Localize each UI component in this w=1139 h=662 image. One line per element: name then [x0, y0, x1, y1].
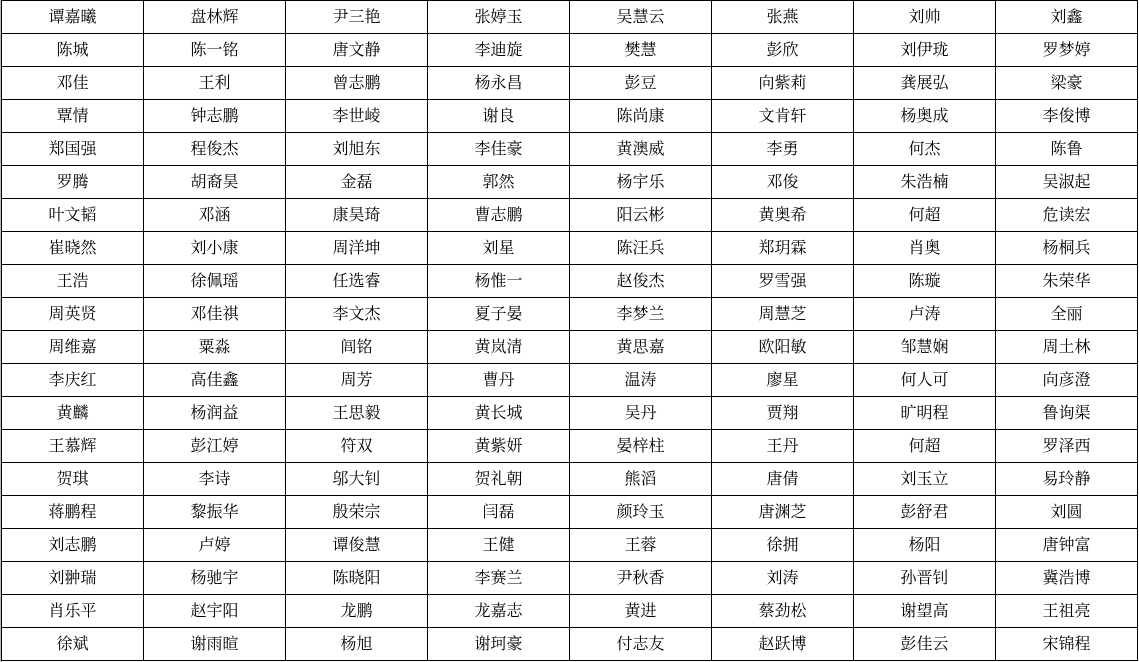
name-cell[interactable]: 宋锦程 — [996, 628, 1138, 661]
name-cell[interactable]: 任选睿 — [286, 265, 428, 298]
name-cell[interactable]: 刘小康 — [144, 232, 286, 265]
name-cell[interactable]: 赵宇阳 — [144, 595, 286, 628]
name-cell[interactable]: 杨永昌 — [428, 67, 570, 100]
name-cell[interactable]: 尹秋香 — [570, 562, 712, 595]
name-cell[interactable]: 陈一铭 — [144, 34, 286, 67]
name-cell[interactable]: 王浩 — [2, 265, 144, 298]
name-cell[interactable]: 殷荣宗 — [286, 496, 428, 529]
name-cell[interactable]: 梁豪 — [996, 67, 1138, 100]
table-row: 李庆红高佳鑫周芳曹丹温涛廖星何人可向彦澄 — [2, 364, 1138, 397]
name-cell[interactable]: 李梦兰 — [570, 298, 712, 331]
name-cell[interactable]: 黎振华 — [144, 496, 286, 529]
name-cell[interactable]: 周维嘉 — [2, 331, 144, 364]
name-cell[interactable]: 黄长城 — [428, 397, 570, 430]
name-cell[interactable]: 刘涛 — [712, 562, 854, 595]
name-cell[interactable]: 陈汪兵 — [570, 232, 712, 265]
name-cell[interactable]: 罗梦婷 — [996, 34, 1138, 67]
name-cell[interactable]: 康昊琦 — [286, 199, 428, 232]
name-cell[interactable]: 王丹 — [712, 430, 854, 463]
name-cell[interactable]: 贾翔 — [712, 397, 854, 430]
name-cell[interactable]: 吴慧云 — [570, 1, 712, 34]
name-cell[interactable]: 旷明程 — [854, 397, 996, 430]
table-row: 周英贤邓佳祺李文杰夏子晏李梦兰周慧芝卢涛全丽 — [2, 298, 1138, 331]
name-cell[interactable]: 邬大钊 — [286, 463, 428, 496]
name-cell[interactable]: 邓佳 — [2, 67, 144, 100]
table-row: 蒋鹏程黎振华殷荣宗闫磊颜玲玉唐渊芝彭舒君刘圆 — [2, 496, 1138, 529]
name-cell[interactable]: 刘志鹏 — [2, 529, 144, 562]
name-cell[interactable]: 樊慧 — [570, 34, 712, 67]
table-row: 黄麟杨润益王思毅黄长城吴丹贾翔旷明程鲁询渠 — [2, 397, 1138, 430]
name-cell[interactable]: 曹志鹏 — [428, 199, 570, 232]
name-cell[interactable]: 谭俊慧 — [286, 529, 428, 562]
name-cell[interactable]: 闾铭 — [286, 331, 428, 364]
name-cell[interactable]: 邓佳祺 — [144, 298, 286, 331]
name-cell[interactable]: 黄思嘉 — [570, 331, 712, 364]
table-row: 刘志鹏卢婷谭俊慧王健王蓉徐拥杨阳唐钟富 — [2, 529, 1138, 562]
name-cell[interactable]: 李诗 — [144, 463, 286, 496]
name-cell[interactable]: 黄岚清 — [428, 331, 570, 364]
table-row: 覃情钟志鹏李世崚谢良陈尚康文肯轩杨奥成李俊博 — [2, 100, 1138, 133]
name-cell[interactable]: 全丽 — [996, 298, 1138, 331]
name-cell[interactable]: 曹丹 — [428, 364, 570, 397]
name-cell[interactable]: 曾志鹏 — [286, 67, 428, 100]
name-cell[interactable]: 张婷玉 — [428, 1, 570, 34]
name-cell[interactable]: 刘帅 — [854, 1, 996, 34]
name-cell[interactable]: 蔡劲松 — [712, 595, 854, 628]
table-row: 贺琪李诗邬大钊贺礼朝熊滔唐倩刘玉立易玲静 — [2, 463, 1138, 496]
name-cell[interactable]: 徐斌 — [2, 628, 144, 661]
name-cell[interactable]: 谢望高 — [854, 595, 996, 628]
name-cell[interactable]: 唐钟富 — [996, 529, 1138, 562]
name-cell[interactable]: 夏子晏 — [428, 298, 570, 331]
name-cell[interactable]: 李赛兰 — [428, 562, 570, 595]
name-cell[interactable]: 陈城 — [2, 34, 144, 67]
name-cell[interactable]: 鲁询渠 — [996, 397, 1138, 430]
name-cell[interactable]: 胡裔昊 — [144, 166, 286, 199]
name-cell[interactable]: 罗雪强 — [712, 265, 854, 298]
name-cell[interactable]: 卢涛 — [854, 298, 996, 331]
name-cell[interactable]: 邓俊 — [712, 166, 854, 199]
name-cell[interactable]: 杨惟一 — [428, 265, 570, 298]
name-cell[interactable]: 黄麟 — [2, 397, 144, 430]
name-cell[interactable]: 熊滔 — [570, 463, 712, 496]
name-cell[interactable]: 罗腾 — [2, 166, 144, 199]
table-row: 徐斌谢雨暄杨旭谢珂豪付志友赵跃博彭佳云宋锦程 — [2, 628, 1138, 661]
name-cell[interactable]: 李勇 — [712, 133, 854, 166]
name-cell[interactable]: 周英贤 — [2, 298, 144, 331]
name-cell[interactable]: 郭然 — [428, 166, 570, 199]
name-cell[interactable]: 李文杰 — [286, 298, 428, 331]
name-cell[interactable]: 彭欣 — [712, 34, 854, 67]
name-cell[interactable]: 徐佩瑶 — [144, 265, 286, 298]
name-cell[interactable]: 何超 — [854, 199, 996, 232]
name-cell[interactable]: 向紫莉 — [712, 67, 854, 100]
name-cell[interactable]: 贺琪 — [2, 463, 144, 496]
name-cell[interactable]: 颜玲玉 — [570, 496, 712, 529]
name-cell[interactable]: 陈晓阳 — [286, 562, 428, 595]
name-cell[interactable]: 杨旭 — [286, 628, 428, 661]
name-cell[interactable]: 王祖亮 — [996, 595, 1138, 628]
name-cell[interactable]: 彭江婷 — [144, 430, 286, 463]
name-cell[interactable]: 龚展弘 — [854, 67, 996, 100]
table-row: 邓佳王利曾志鹏杨永昌彭豆向紫莉龚展弘梁豪 — [2, 67, 1138, 100]
name-cell[interactable]: 付志友 — [570, 628, 712, 661]
name-cell[interactable]: 危读宏 — [996, 199, 1138, 232]
name-cell[interactable]: 陈璇 — [854, 265, 996, 298]
name-cell[interactable]: 刘鑫 — [996, 1, 1138, 34]
name-cell[interactable]: 易玲静 — [996, 463, 1138, 496]
name-cell[interactable]: 谭嘉曦 — [2, 1, 144, 34]
name-cell[interactable]: 叶文韬 — [2, 199, 144, 232]
name-cell[interactable]: 周土林 — [996, 331, 1138, 364]
roster-body: 谭嘉曦盘林辉尹三艳张婷玉吴慧云张燕刘帅刘鑫陈城陈一铭唐文静李迪旋樊慧彭欣刘伊珑罗… — [2, 1, 1138, 661]
name-cell[interactable]: 吴丹 — [570, 397, 712, 430]
name-cell[interactable]: 陈鲁 — [996, 133, 1138, 166]
name-cell[interactable]: 吴淑起 — [996, 166, 1138, 199]
name-cell[interactable]: 赵跃博 — [712, 628, 854, 661]
name-cell[interactable]: 何杰 — [854, 133, 996, 166]
name-cell[interactable]: 朱荣华 — [996, 265, 1138, 298]
name-cell[interactable]: 杨奥成 — [854, 100, 996, 133]
name-cell[interactable]: 尹三艳 — [286, 1, 428, 34]
table-row: 谭嘉曦盘林辉尹三艳张婷玉吴慧云张燕刘帅刘鑫 — [2, 1, 1138, 34]
name-cell[interactable]: 杨驰宇 — [144, 562, 286, 595]
table-row: 罗腾胡裔昊金磊郭然杨宇乐邓俊朱浩楠吴淑起 — [2, 166, 1138, 199]
table-row: 郑国强程俊杰刘旭东李佳豪黄澳威李勇何杰陈鲁 — [2, 133, 1138, 166]
name-cell[interactable]: 卢婷 — [144, 529, 286, 562]
name-cell[interactable]: 赵俊杰 — [570, 265, 712, 298]
name-cell[interactable]: 王蓉 — [570, 529, 712, 562]
name-cell[interactable]: 张燕 — [712, 1, 854, 34]
name-cell[interactable]: 贺礼朝 — [428, 463, 570, 496]
name-cell[interactable]: 刘翀瑞 — [2, 562, 144, 595]
name-cell[interactable]: 唐渊芝 — [712, 496, 854, 529]
name-cell[interactable]: 何人可 — [854, 364, 996, 397]
table-row: 王浩徐佩瑶任选睿杨惟一赵俊杰罗雪强陈璇朱荣华 — [2, 265, 1138, 298]
name-cell[interactable]: 李俊博 — [996, 100, 1138, 133]
name-cell[interactable]: 朱浩楠 — [854, 166, 996, 199]
name-cell[interactable]: 廖星 — [712, 364, 854, 397]
name-cell[interactable]: 王思毅 — [286, 397, 428, 430]
name-cell[interactable]: 郑国强 — [2, 133, 144, 166]
name-cell[interactable]: 谢雨暄 — [144, 628, 286, 661]
name-cell[interactable]: 盘林辉 — [144, 1, 286, 34]
name-cell[interactable]: 周洋坤 — [286, 232, 428, 265]
name-cell[interactable]: 彭佳云 — [854, 628, 996, 661]
name-cell[interactable]: 肖乐平 — [2, 595, 144, 628]
name-cell[interactable]: 罗泽西 — [996, 430, 1138, 463]
name-cell[interactable]: 孙晋钊 — [854, 562, 996, 595]
name-cell[interactable]: 钟志鹏 — [144, 100, 286, 133]
table-row: 陈城陈一铭唐文静李迪旋樊慧彭欣刘伊珑罗梦婷 — [2, 34, 1138, 67]
name-cell[interactable]: 唐倩 — [712, 463, 854, 496]
name-cell[interactable]: 冀浩博 — [996, 562, 1138, 595]
name-cell[interactable]: 晏梓柱 — [570, 430, 712, 463]
name-cell[interactable]: 邹慧娴 — [854, 331, 996, 364]
name-cell[interactable]: 彭舒君 — [854, 496, 996, 529]
name-cell[interactable]: 杨阳 — [854, 529, 996, 562]
name-cell[interactable]: 谢珂豪 — [428, 628, 570, 661]
name-cell[interactable]: 李佳豪 — [428, 133, 570, 166]
name-cell[interactable]: 崔晓然 — [2, 232, 144, 265]
name-cell[interactable]: 温涛 — [570, 364, 712, 397]
name-cell[interactable]: 黄澳威 — [570, 133, 712, 166]
name-cell[interactable]: 粟淼 — [144, 331, 286, 364]
name-cell[interactable]: 高佳鑫 — [144, 364, 286, 397]
name-cell[interactable]: 龙嘉志 — [428, 595, 570, 628]
name-cell[interactable]: 彭豆 — [570, 67, 712, 100]
name-cell[interactable]: 刘玉立 — [854, 463, 996, 496]
name-cell[interactable]: 刘星 — [428, 232, 570, 265]
name-cell[interactable]: 邓涵 — [144, 199, 286, 232]
table-row: 肖乐平赵宇阳龙鹏龙嘉志黄进蔡劲松谢望高王祖亮 — [2, 595, 1138, 628]
name-cell[interactable]: 阳云彬 — [570, 199, 712, 232]
table-row: 崔晓然刘小康周洋坤刘星陈汪兵郑玥霖肖奥杨桐兵 — [2, 232, 1138, 265]
table-row: 周维嘉粟淼闾铭黄岚清黄思嘉欧阳敏邹慧娴周土林 — [2, 331, 1138, 364]
name-cell[interactable]: 程俊杰 — [144, 133, 286, 166]
name-cell[interactable]: 向彦澄 — [996, 364, 1138, 397]
name-cell[interactable]: 蒋鹏程 — [2, 496, 144, 529]
name-roster-table: 谭嘉曦盘林辉尹三艳张婷玉吴慧云张燕刘帅刘鑫陈城陈一铭唐文静李迪旋樊慧彭欣刘伊珑罗… — [1, 0, 1138, 661]
name-cell[interactable]: 周慧芝 — [712, 298, 854, 331]
name-cell[interactable]: 李庆红 — [2, 364, 144, 397]
name-cell[interactable]: 刘伊珑 — [854, 34, 996, 67]
name-cell[interactable]: 李迪旋 — [428, 34, 570, 67]
name-cell[interactable]: 黄进 — [570, 595, 712, 628]
name-cell[interactable]: 陈尚康 — [570, 100, 712, 133]
name-cell[interactable]: 刘圆 — [996, 496, 1138, 529]
name-cell[interactable]: 欧阳敏 — [712, 331, 854, 364]
name-cell[interactable]: 杨桐兵 — [996, 232, 1138, 265]
table-row: 刘翀瑞杨驰宇陈晓阳李赛兰尹秋香刘涛孙晋钊冀浩博 — [2, 562, 1138, 595]
name-cell[interactable]: 龙鹏 — [286, 595, 428, 628]
name-cell[interactable]: 闫磊 — [428, 496, 570, 529]
name-cell[interactable]: 周芳 — [286, 364, 428, 397]
name-cell[interactable]: 覃情 — [2, 100, 144, 133]
name-cell[interactable]: 杨宇乐 — [570, 166, 712, 199]
name-cell[interactable]: 刘旭东 — [286, 133, 428, 166]
name-cell[interactable]: 文肯轩 — [712, 100, 854, 133]
name-cell[interactable]: 符双 — [286, 430, 428, 463]
name-cell[interactable]: 黄奥希 — [712, 199, 854, 232]
name-cell[interactable]: 金磊 — [286, 166, 428, 199]
name-cell[interactable]: 王健 — [428, 529, 570, 562]
name-cell[interactable]: 李世崚 — [286, 100, 428, 133]
name-cell[interactable]: 王利 — [144, 67, 286, 100]
table-row: 叶文韬邓涵康昊琦曹志鹏阳云彬黄奥希何超危读宏 — [2, 199, 1138, 232]
name-cell[interactable]: 杨润益 — [144, 397, 286, 430]
name-cell[interactable]: 黄紫妍 — [428, 430, 570, 463]
name-cell[interactable]: 何超 — [854, 430, 996, 463]
name-cell[interactable]: 郑玥霖 — [712, 232, 854, 265]
name-cell[interactable]: 肖奥 — [854, 232, 996, 265]
name-cell[interactable]: 王慕辉 — [2, 430, 144, 463]
name-cell[interactable]: 唐文静 — [286, 34, 428, 67]
table-row: 王慕辉彭江婷符双黄紫妍晏梓柱王丹何超罗泽西 — [2, 430, 1138, 463]
name-cell[interactable]: 徐拥 — [712, 529, 854, 562]
name-cell[interactable]: 谢良 — [428, 100, 570, 133]
